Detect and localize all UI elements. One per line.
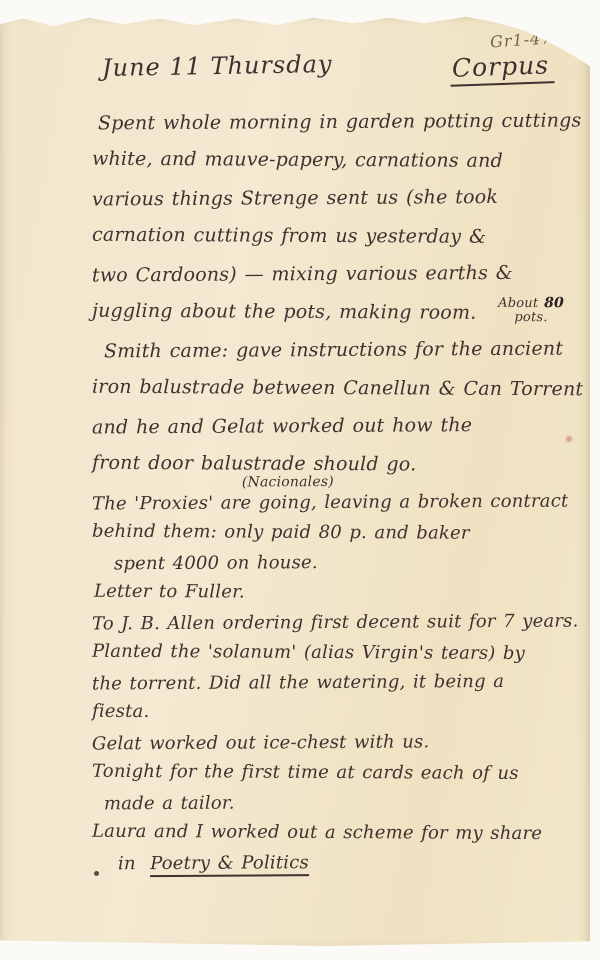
manuscript-line: made a tailor. xyxy=(92,789,570,822)
manuscript-line-text: in xyxy=(118,853,136,874)
manuscript-line-text: juggling about the pots, making room. xyxy=(92,300,477,324)
manuscript-line: Letter to Fuller. xyxy=(92,579,570,612)
manuscript-paper: Gr1-476 June 11 Thursday Corpus Spent wh… xyxy=(0,14,590,946)
manuscript-line: behind them: only paid 80 p. and baker xyxy=(92,519,570,552)
manuscript-line: (Nacionales) The 'Proxies' are going, le… xyxy=(92,489,570,522)
archive-number: Gr1-476 xyxy=(490,27,565,51)
manuscript-line-text: The 'Proxies' are going, leaving a broke… xyxy=(92,491,569,515)
margin-note-second-line: pots. xyxy=(514,310,547,325)
interlinear-insertion: (Nacionales) xyxy=(242,475,334,490)
manuscript-line: white, and mauve-papery, carnations and xyxy=(92,147,570,188)
manuscript-line: To J. B. Allen ordering first decent sui… xyxy=(92,609,570,642)
entry-title-underlined: Corpus xyxy=(449,50,554,87)
manuscript-line: fiesta. xyxy=(92,699,570,732)
manuscript-line: iron balustrade between Canellun & Can T… xyxy=(92,375,570,416)
manuscript-line: the torrent. Did all the watering, it be… xyxy=(92,669,570,702)
manuscript-line: Spent whole morning in garden potting cu… xyxy=(92,109,570,150)
manuscript-line: carnation cuttings from us yesterday & xyxy=(92,223,570,264)
manuscript-line: spent 4000 on house. xyxy=(92,549,570,582)
manuscript-body: Spent whole morning in garden potting cu… xyxy=(92,110,570,880)
manuscript-line: and he and Gelat worked out how the xyxy=(92,413,570,454)
closing-underlined-text: Poetry & Politics xyxy=(150,852,309,877)
margin-note-number: 80 xyxy=(544,295,564,311)
entry-date: June 11 Thursday xyxy=(102,50,333,87)
manuscript-line: Gelat worked out ice-chest with us. xyxy=(92,729,570,762)
manuscript-line: Laura and I worked out a scheme for my s… xyxy=(92,819,570,852)
margin-note: About 80 pots. xyxy=(492,296,570,325)
stain-spot xyxy=(566,436,572,442)
manuscript-line: Smith came: gave instructions for the an… xyxy=(92,337,570,378)
manuscript-line: Planted the 'solanum' (alias Virgin's te… xyxy=(92,639,570,672)
scanned-page: Gr1-476 June 11 Thursday Corpus Spent wh… xyxy=(0,0,600,960)
manuscript-line: various things Strenge sent us (she took xyxy=(92,185,570,226)
margin-note-prefix: About xyxy=(498,296,544,311)
manuscript-line: in Poetry & Politics xyxy=(92,849,570,882)
ink-dot xyxy=(94,871,99,876)
manuscript-line: Tonight for the first time at cards each… xyxy=(92,759,570,792)
manuscript-line: juggling about the pots, making room. Ab… xyxy=(92,299,570,340)
entry-heading: June 11 Thursday Corpus xyxy=(0,52,590,85)
